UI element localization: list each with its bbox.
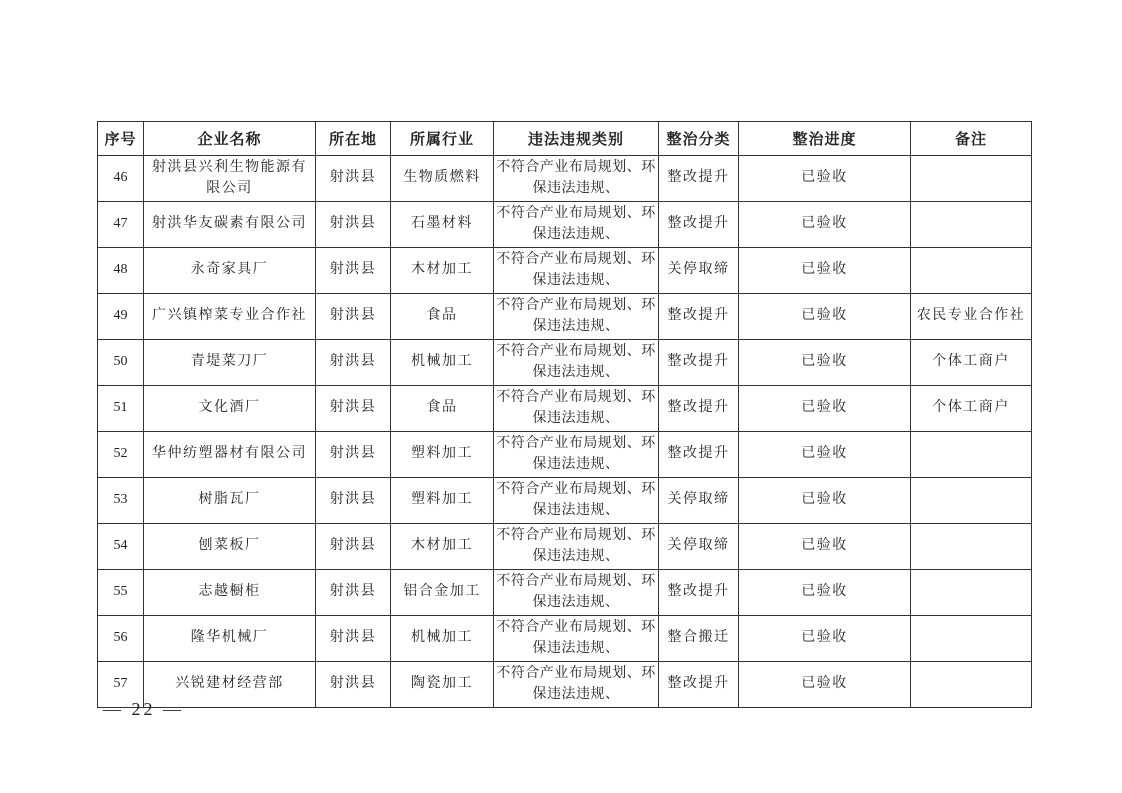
cell-progress: 已验收 xyxy=(739,616,911,662)
cell-remark: 个体工商户 xyxy=(911,340,1032,386)
violation-table: 序号企业名称所在地所属行业违法违规类别整治分类整治进度备注 46射洪县兴利生物能… xyxy=(97,121,1032,708)
cell-violation: 不符合产业布局规划、环保违法违规、 xyxy=(494,570,659,616)
cell-industry: 塑料加工 xyxy=(391,478,494,524)
cell-name: 青堤菜刀厂 xyxy=(144,340,316,386)
page-number: — 22 — xyxy=(103,699,184,720)
cell-category: 整改提升 xyxy=(659,432,739,478)
cell-location: 射洪县 xyxy=(316,662,391,708)
cell-name: 永奇家具厂 xyxy=(144,248,316,294)
cell-no: 54 xyxy=(98,524,144,570)
cell-location: 射洪县 xyxy=(316,202,391,248)
cell-location: 射洪县 xyxy=(316,478,391,524)
cell-remark xyxy=(911,616,1032,662)
cell-violation: 不符合产业布局规划、环保违法违规、 xyxy=(494,524,659,570)
cell-remark xyxy=(911,202,1032,248)
table-row: 51文化酒厂射洪县食品不符合产业布局规划、环保违法违规、整改提升已验收个体工商户 xyxy=(98,386,1032,432)
table-row: 57兴锐建材经营部射洪县陶瓷加工不符合产业布局规划、环保违法违规、整改提升已验收 xyxy=(98,662,1032,708)
cell-progress: 已验收 xyxy=(739,432,911,478)
cell-location: 射洪县 xyxy=(316,524,391,570)
column-header-remark: 备注 xyxy=(911,122,1032,156)
column-header-name: 企业名称 xyxy=(144,122,316,156)
cell-category: 整改提升 xyxy=(659,340,739,386)
table-row: 55志越橱柜射洪县铝合金加工不符合产业布局规划、环保违法违规、整改提升已验收 xyxy=(98,570,1032,616)
table-row: 46射洪县兴利生物能源有限公司射洪县生物质燃料不符合产业布局规划、环保违法违规、… xyxy=(98,156,1032,202)
cell-remark xyxy=(911,156,1032,202)
table-row: 47射洪华友碳素有限公司射洪县石墨材料不符合产业布局规划、环保违法违规、整改提升… xyxy=(98,202,1032,248)
cell-remark xyxy=(911,432,1032,478)
cell-industry: 木材加工 xyxy=(391,524,494,570)
cell-violation: 不符合产业布局规划、环保违法违规、 xyxy=(494,340,659,386)
cell-no: 53 xyxy=(98,478,144,524)
cell-category: 关停取缔 xyxy=(659,524,739,570)
cell-industry: 食品 xyxy=(391,386,494,432)
cell-name: 射洪县兴利生物能源有限公司 xyxy=(144,156,316,202)
table-body: 46射洪县兴利生物能源有限公司射洪县生物质燃料不符合产业布局规划、环保违法违规、… xyxy=(98,156,1032,708)
cell-category: 整改提升 xyxy=(659,202,739,248)
cell-progress: 已验收 xyxy=(739,294,911,340)
cell-category: 整改提升 xyxy=(659,662,739,708)
cell-industry: 石墨材料 xyxy=(391,202,494,248)
column-header-location: 所在地 xyxy=(316,122,391,156)
cell-progress: 已验收 xyxy=(739,662,911,708)
cell-no: 46 xyxy=(98,156,144,202)
cell-no: 50 xyxy=(98,340,144,386)
cell-category: 关停取缔 xyxy=(659,248,739,294)
cell-violation: 不符合产业布局规划、环保违法违规、 xyxy=(494,248,659,294)
cell-location: 射洪县 xyxy=(316,386,391,432)
cell-progress: 已验收 xyxy=(739,202,911,248)
column-header-industry: 所属行业 xyxy=(391,122,494,156)
table-row: 49广兴镇榨菜专业合作社射洪县食品不符合产业布局规划、环保违法违规、整改提升已验… xyxy=(98,294,1032,340)
cell-progress: 已验收 xyxy=(739,570,911,616)
cell-industry: 木材加工 xyxy=(391,248,494,294)
cell-violation: 不符合产业布局规划、环保违法违规、 xyxy=(494,478,659,524)
table-row: 54刨菜板厂射洪县木材加工不符合产业布局规划、环保违法违规、关停取缔已验收 xyxy=(98,524,1032,570)
column-header-progress: 整治进度 xyxy=(739,122,911,156)
column-header-category: 整治分类 xyxy=(659,122,739,156)
cell-industry: 食品 xyxy=(391,294,494,340)
cell-no: 48 xyxy=(98,248,144,294)
cell-remark xyxy=(911,570,1032,616)
cell-category: 整改提升 xyxy=(659,156,739,202)
cell-no: 49 xyxy=(98,294,144,340)
cell-violation: 不符合产业布局规划、环保违法违规、 xyxy=(494,616,659,662)
table-row: 56隆华机械厂射洪县机械加工不符合产业布局规划、环保违法违规、整合搬迁已验收 xyxy=(98,616,1032,662)
cell-violation: 不符合产业布局规划、环保违法违规、 xyxy=(494,202,659,248)
cell-progress: 已验收 xyxy=(739,156,911,202)
table-row: 52华仲纺塑器材有限公司射洪县塑料加工不符合产业布局规划、环保违法违规、整改提升… xyxy=(98,432,1032,478)
table-row: 50青堤菜刀厂射洪县机械加工不符合产业布局规划、环保违法违规、整改提升已验收个体… xyxy=(98,340,1032,386)
cell-no: 52 xyxy=(98,432,144,478)
cell-name: 树脂瓦厂 xyxy=(144,478,316,524)
document-page: 序号企业名称所在地所属行业违法违规类别整治分类整治进度备注 46射洪县兴利生物能… xyxy=(0,0,1122,793)
cell-name: 志越橱柜 xyxy=(144,570,316,616)
cell-progress: 已验收 xyxy=(739,248,911,294)
cell-name: 广兴镇榨菜专业合作社 xyxy=(144,294,316,340)
cell-progress: 已验收 xyxy=(739,478,911,524)
cell-remark xyxy=(911,478,1032,524)
header-row: 序号企业名称所在地所属行业违法违规类别整治分类整治进度备注 xyxy=(98,122,1032,156)
cell-category: 整改提升 xyxy=(659,386,739,432)
cell-no: 55 xyxy=(98,570,144,616)
cell-violation: 不符合产业布局规划、环保违法违规、 xyxy=(494,662,659,708)
column-header-violation: 违法违规类别 xyxy=(494,122,659,156)
cell-industry: 陶瓷加工 xyxy=(391,662,494,708)
cell-location: 射洪县 xyxy=(316,432,391,478)
cell-no: 47 xyxy=(98,202,144,248)
cell-remark xyxy=(911,248,1032,294)
cell-progress: 已验收 xyxy=(739,524,911,570)
cell-industry: 铝合金加工 xyxy=(391,570,494,616)
cell-violation: 不符合产业布局规划、环保违法违规、 xyxy=(494,156,659,202)
cell-remark: 农民专业合作社 xyxy=(911,294,1032,340)
cell-industry: 塑料加工 xyxy=(391,432,494,478)
cell-name: 刨菜板厂 xyxy=(144,524,316,570)
table-row: 53树脂瓦厂射洪县塑料加工不符合产业布局规划、环保违法违规、关停取缔已验收 xyxy=(98,478,1032,524)
cell-remark: 个体工商户 xyxy=(911,386,1032,432)
cell-violation: 不符合产业布局规划、环保违法违规、 xyxy=(494,432,659,478)
cell-name: 射洪华友碳素有限公司 xyxy=(144,202,316,248)
cell-industry: 机械加工 xyxy=(391,616,494,662)
cell-category: 整改提升 xyxy=(659,294,739,340)
cell-progress: 已验收 xyxy=(739,340,911,386)
cell-name: 隆华机械厂 xyxy=(144,616,316,662)
cell-location: 射洪县 xyxy=(316,340,391,386)
cell-name: 文化酒厂 xyxy=(144,386,316,432)
cell-location: 射洪县 xyxy=(316,248,391,294)
cell-category: 整合搬迁 xyxy=(659,616,739,662)
cell-name: 华仲纺塑器材有限公司 xyxy=(144,432,316,478)
cell-progress: 已验收 xyxy=(739,386,911,432)
cell-location: 射洪县 xyxy=(316,616,391,662)
cell-industry: 机械加工 xyxy=(391,340,494,386)
table-row: 48永奇家具厂射洪县木材加工不符合产业布局规划、环保违法违规、关停取缔已验收 xyxy=(98,248,1032,294)
column-header-no: 序号 xyxy=(98,122,144,156)
cell-violation: 不符合产业布局规划、环保违法违规、 xyxy=(494,294,659,340)
cell-remark xyxy=(911,524,1032,570)
cell-location: 射洪县 xyxy=(316,156,391,202)
cell-category: 关停取缔 xyxy=(659,478,739,524)
cell-no: 51 xyxy=(98,386,144,432)
cell-location: 射洪县 xyxy=(316,570,391,616)
cell-location: 射洪县 xyxy=(316,294,391,340)
cell-remark xyxy=(911,662,1032,708)
cell-violation: 不符合产业布局规划、环保违法违规、 xyxy=(494,386,659,432)
cell-industry: 生物质燃料 xyxy=(391,156,494,202)
cell-category: 整改提升 xyxy=(659,570,739,616)
cell-no: 56 xyxy=(98,616,144,662)
